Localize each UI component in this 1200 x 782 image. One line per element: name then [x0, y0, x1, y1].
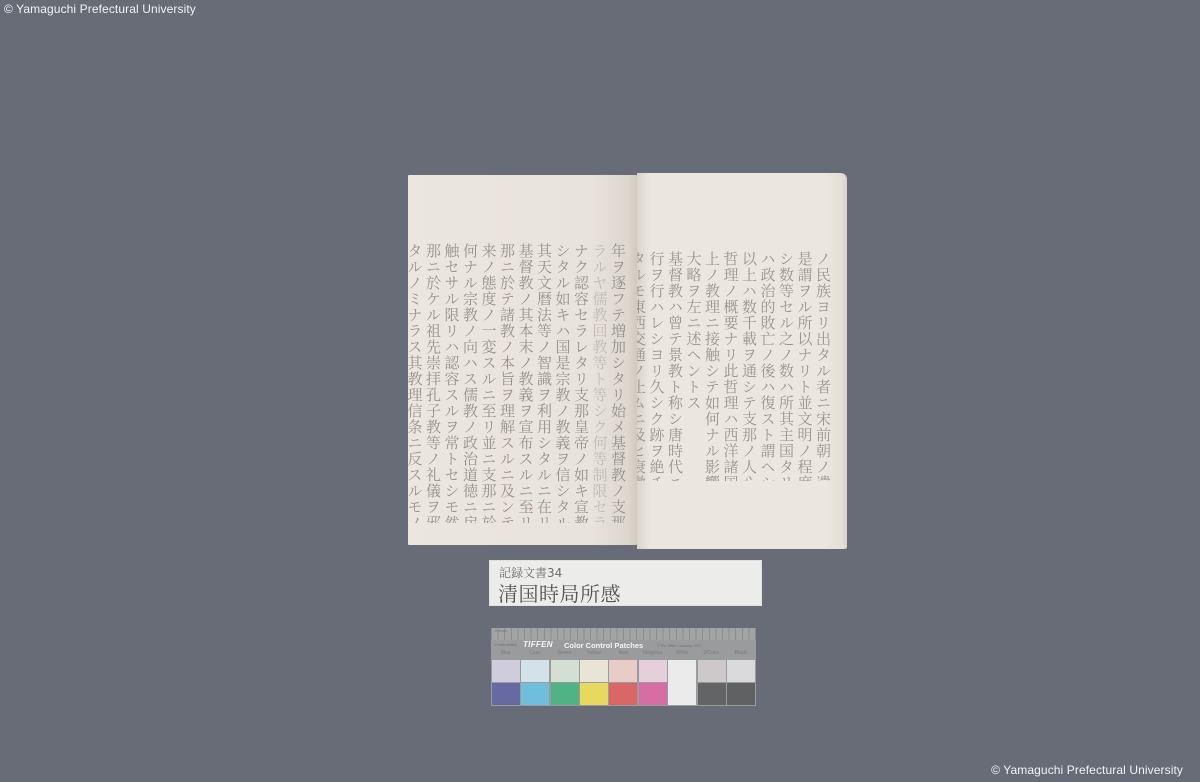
document-title: 清国時局所感 [498, 578, 621, 607]
patch-name-white: White [667, 650, 696, 656]
text-column: 其天文暦法等ノ智識ヲ利用シタルニ在リシナリ然ルニ [535, 243, 554, 523]
text-column: 触セサル限リハ認容スルヲ常トセシモ然ルニ基督教ハ支 [442, 243, 461, 523]
right-page: ノ民族ヨリ出タル者ニ宋前朝ノ遺制ノ根本ニ於テ 是謂ヲル所以ナリト並文明ノ程度ハ漢… [637, 173, 846, 549]
patch-light-black [727, 660, 755, 682]
text-column: シ数等セル之ノ数ハ所其主国タリシニハアラス文明 [777, 251, 796, 481]
color-control-chart: Inches Centimeters TIFFEN Color Control … [491, 628, 756, 706]
patch-light-green [551, 660, 579, 682]
patch-names: BlueCyanGreenYellowRedMagentaWhite3/Colo… [491, 650, 756, 656]
text-column: 那ニ於テ諸教ノ本旨ヲ理解スルニ及ンテ次第ニ従 [498, 243, 517, 523]
text-column: 那ニ於ケル祖先崇拝孔子教等ノ礼儀ヲ邪教視シ [424, 243, 443, 523]
patch-dark-green [551, 683, 579, 705]
text-column: 基督教ハ曾テ景教ト称シ唐時代ニ伝来シ其教 [666, 251, 685, 481]
patch-name-green: Green [550, 650, 579, 656]
text-column: 是謂ヲル所以ナリト並文明ノ程度ハ漢民族ニ比 [795, 251, 814, 481]
text-column: タルノミナラス其教理信条ニ反スルモノナリトシ支那固有 [408, 243, 424, 523]
patch-name-yellow: Yellow [579, 650, 608, 656]
patch-name-blue: Blue [491, 650, 520, 656]
text-column: 行ヲ行ハレシヨリ久シク跡ヲ絶チタリ元ノ時ニ再ヒ [647, 251, 666, 481]
patch-name-black: Black [726, 650, 755, 656]
left-page: 年ヲ逐フテ増加シタリ始メ基督教ノ支那ニ宣布セ ラルヤ儒教回教等ト等シク何等制限セ… [408, 175, 637, 545]
chart-header: Centimeters TIFFEN Color Control Patches… [491, 639, 756, 649]
text-column: ラルヤ儒教回教等ト等シク何等制限セラルルコト [590, 243, 609, 523]
patch-white [668, 660, 696, 705]
patch-light-yellow [580, 660, 608, 682]
text-column: 年ヲ逐フテ増加シタリ始メ基督教ノ支那ニ宣布セ [609, 243, 628, 523]
text-column: タルモ東西交通ノ止ムニ及ヒ衰微シ明朝ニ至リ西 [637, 251, 647, 481]
patch-dark-blue [492, 683, 520, 705]
patch-dark-3color [698, 683, 726, 705]
patch-dark-yellow [580, 683, 608, 705]
patch-light-3color [698, 660, 726, 682]
patch-light-cyan [521, 660, 549, 682]
copyright-watermark-top: © Yamaguchi Prefectural University [4, 2, 196, 16]
text-column: 大略ヲ左ニ述ヘントス [684, 251, 703, 481]
text-column: ノ民族ヨリ出タル者ニ宋前朝ノ遺制ノ根本ニ於テ [814, 251, 833, 481]
document-label-card: 記録文書34 清国時局所感 [490, 561, 761, 605]
text-column: ナク認容セラレタリ支那皇帝ノ如キ宣教師ヲ優遇 [572, 243, 591, 523]
patch-name-magenta: Magenta [638, 650, 667, 656]
patch-dark-magenta [639, 683, 667, 705]
chart-title: Color Control Patches [564, 641, 643, 650]
red-correction-mark: ⸝ [529, 500, 534, 513]
patch-name-red: Red [609, 650, 638, 656]
text-column: シタル如キハ国是宗教ノ教義ヲ信シタルニ非ス [553, 243, 572, 523]
ruler-label: Inches [495, 628, 507, 633]
patch-name-3color: 3/Color [697, 650, 726, 656]
copyright-watermark-bottom: © Yamaguchi Prefectural University [991, 763, 1183, 777]
patch-light-red [609, 660, 637, 682]
open-book: 年ヲ逐フテ増加シタリ始メ基督教ノ支那ニ宣布セ ラルヤ儒教回教等ト等シク何等制限セ… [408, 173, 846, 551]
patch-dark-black [727, 683, 755, 705]
color-patches [491, 660, 756, 706]
patch-name-cyan: Cyan [520, 650, 549, 656]
patch-dark-red [609, 683, 637, 705]
text-column: ハ政治的敗亡ノ後ハ復スト謂ヘシ即是ナリ [758, 251, 777, 481]
right-page-text: ノ民族ヨリ出タル者ニ宋前朝ノ遺制ノ根本ニ於テ 是謂ヲル所以ナリト並文明ノ程度ハ漢… [637, 251, 832, 481]
text-column: 上ノ教理ニ接触シテ如何ナル影響ヲ被ムリシヤ其 [703, 251, 722, 481]
patch-dark-cyan [521, 683, 549, 705]
text-column: 基督教ノ其本末ノ教義ヲ宣布スルニ至リ支 [516, 243, 535, 523]
text-column: 来ノ態度ノ一変スルニ至リ並ニ支那ニ於テハ如 [479, 243, 498, 523]
patch-light-blue [492, 660, 520, 682]
patch-light-magenta [639, 660, 667, 682]
text-column: 哲理ノ概要ナリ此哲理ハ西洋諸国ノ宗教上及政治 [721, 251, 740, 481]
text-column: 何ナル宗教ノ向ハス儒教ノ政治道徳ニ戻ハ抵 [461, 243, 480, 523]
text-column: 以上ハ数千載ヲ通シテ支那ノ人心ヲ支配シタル政治 [740, 251, 759, 481]
left-page-text: 年ヲ逐フテ増加シタリ始メ基督教ノ支那ニ宣布セ ラルヤ儒教回教等ト等シク何等制限セ… [408, 243, 627, 523]
brand-logo: TIFFEN [523, 640, 553, 649]
chart-copyright: © The Tiffen Company, 2007 [657, 644, 701, 648]
unit-label: Centimeters [495, 642, 517, 647]
